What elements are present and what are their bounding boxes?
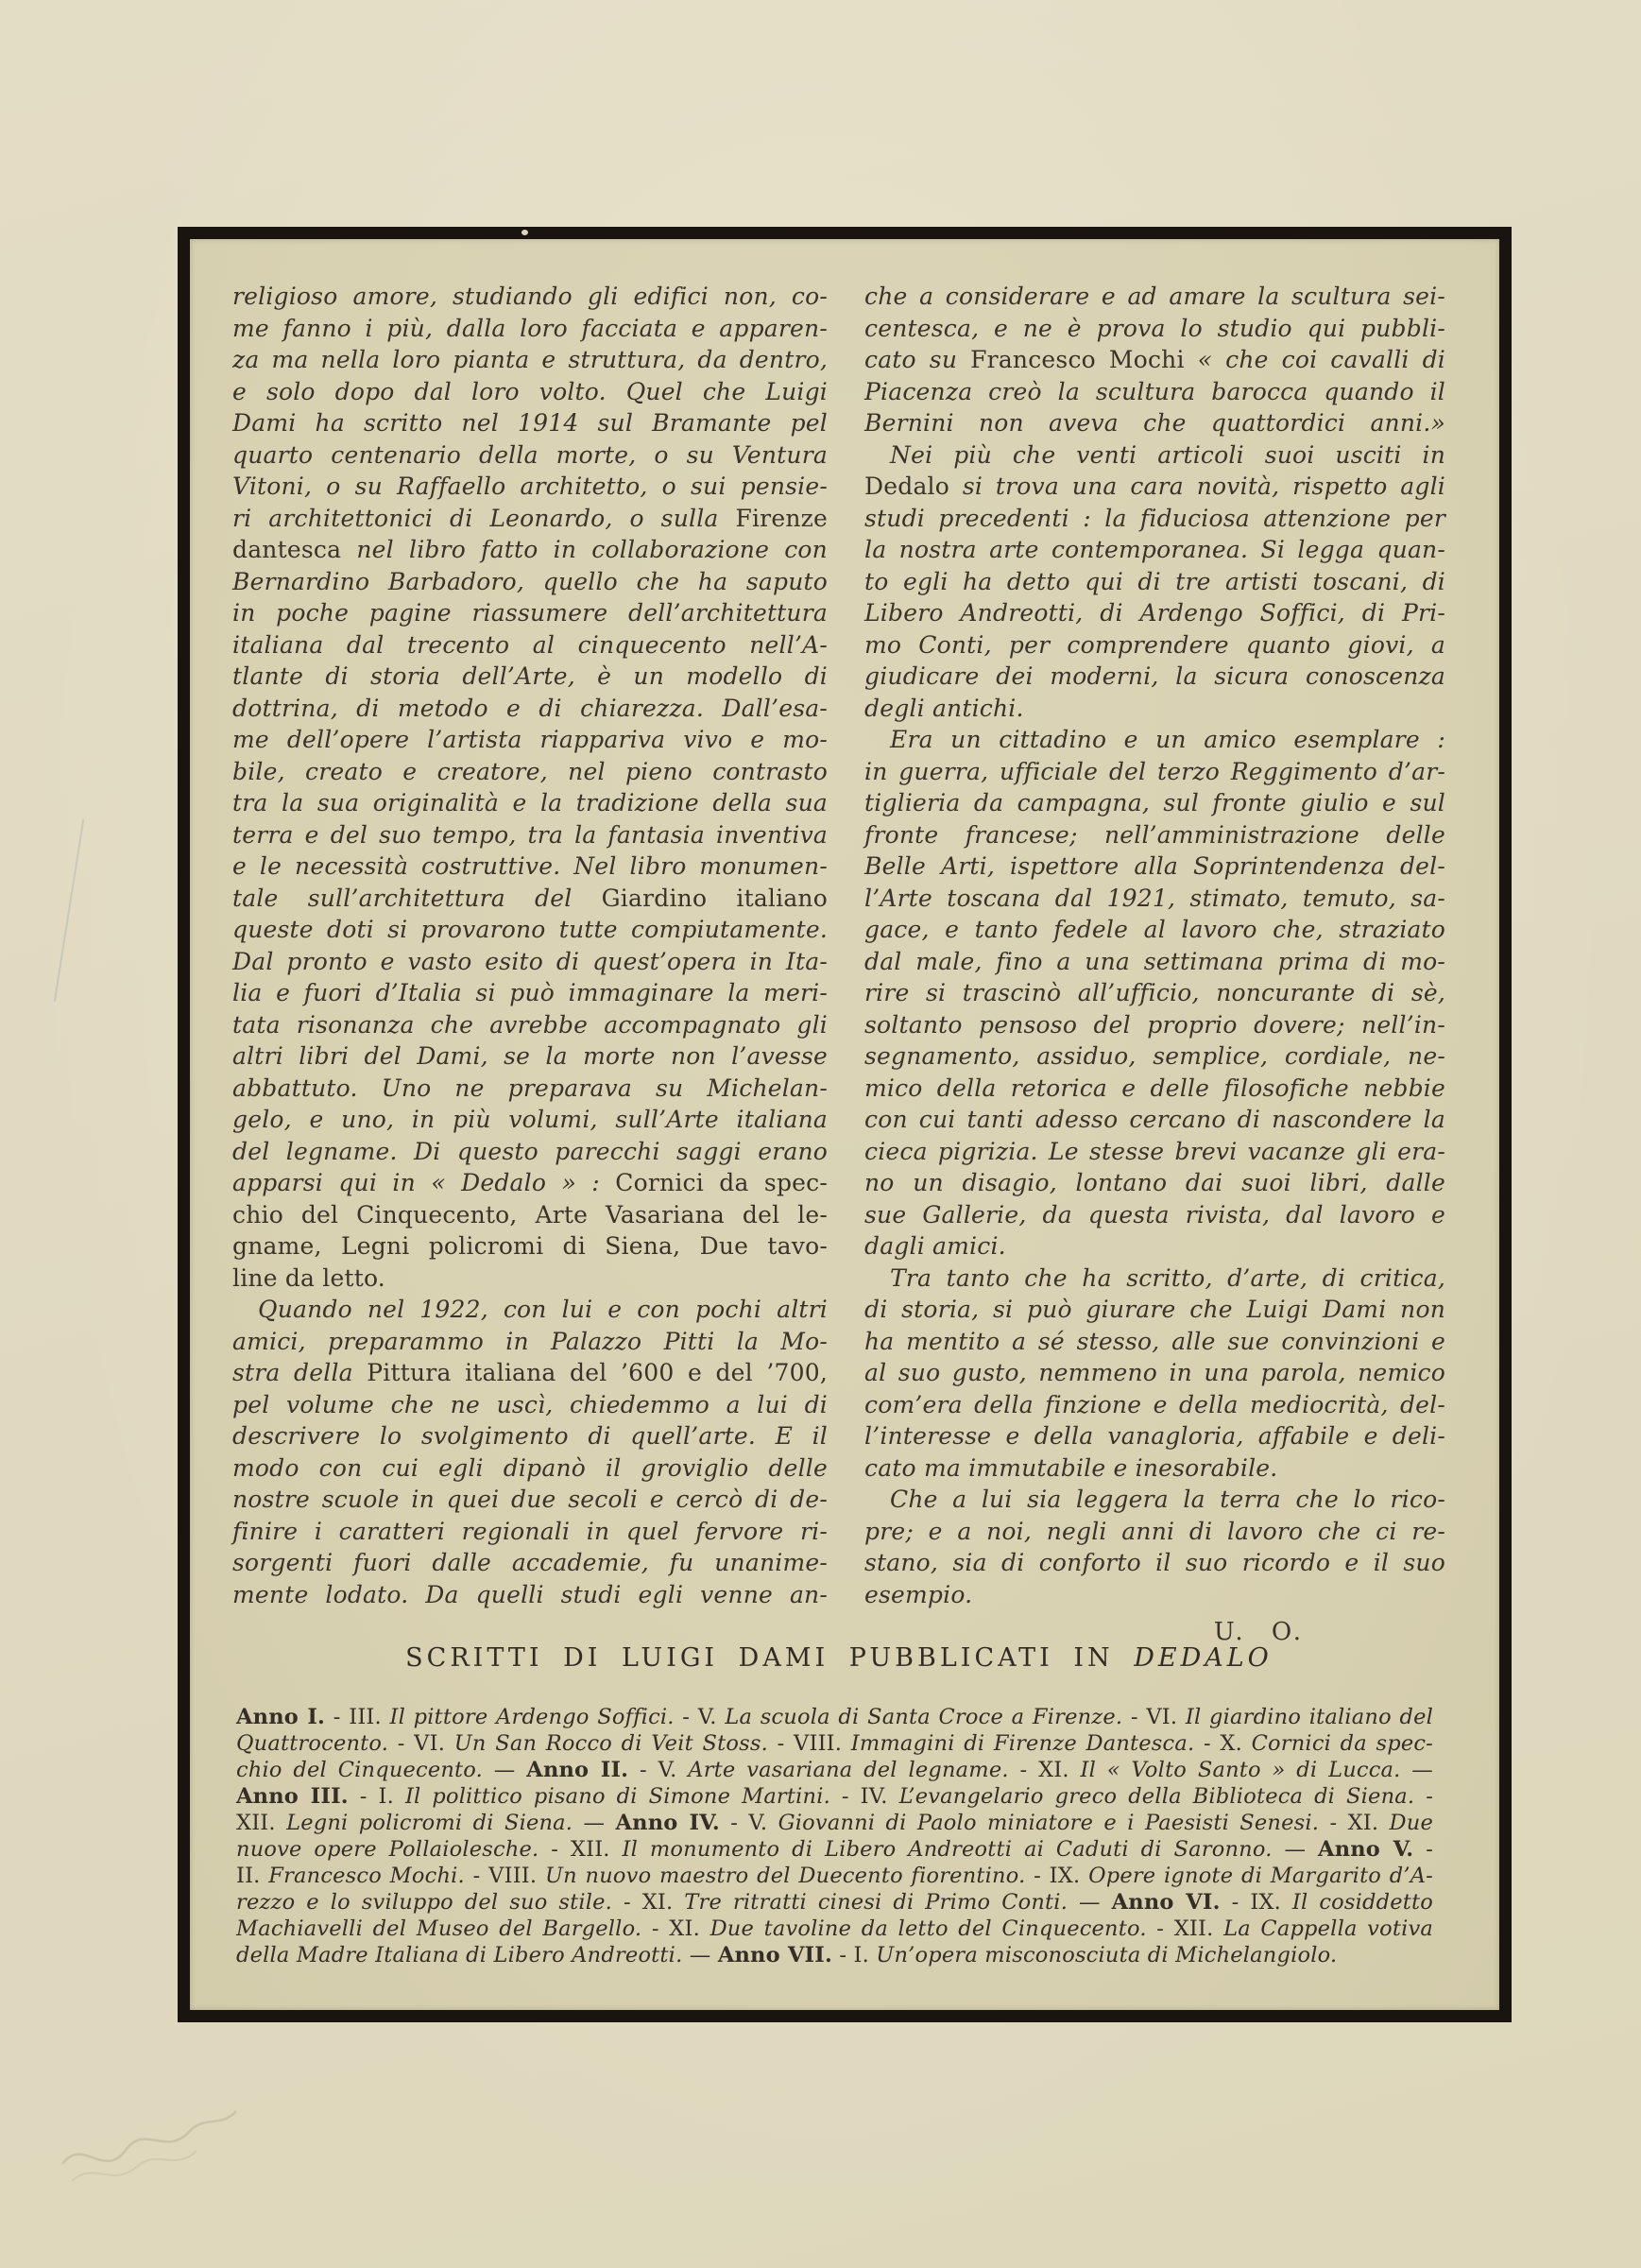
italic-text-segment: Francesco Mochi. bbox=[268, 1864, 465, 1888]
text-line: chio del Cinquecento. — Anno II. - V. Ar… bbox=[236, 1757, 1433, 1783]
italic-text-segment: Dal pronto e vasto esito di quest’opera … bbox=[232, 948, 828, 975]
text-line: za ma nella loro pianta e struttura, da … bbox=[232, 344, 828, 376]
italic-text-segment: pel volume che ne uscì, chiedemmo a lui … bbox=[232, 1391, 828, 1418]
text-line: me dell’opere l’artista riappariva vivo … bbox=[232, 724, 828, 756]
italic-text-segment: cato su bbox=[864, 346, 970, 373]
italic-text-segment: italiana dal trecento al cinquecento nel… bbox=[232, 631, 828, 659]
italic-text-segment: Tre ritratti cinesi di Primo Conti. bbox=[684, 1890, 1068, 1915]
text-line: Dami ha scritto nel 1914 sul Bramante pe… bbox=[232, 407, 828, 439]
text-line: degli antichi. bbox=[864, 693, 1445, 725]
italic-text-segment: dottrina, di metodo e di chiarezza. Dall… bbox=[232, 695, 828, 722]
text-line: italiana dal trecento al cinquecento nel… bbox=[232, 629, 828, 661]
italic-text-segment: di storia, si può giurare che Luigi Dami… bbox=[864, 1296, 1445, 1323]
text-line: giudicare dei moderni, la sicura conosce… bbox=[864, 661, 1445, 693]
roman-text-segment: - X. bbox=[1194, 1731, 1251, 1756]
text-line: SCRITTI DI LUIGI DAMI PUBBLICATI IN DEDA… bbox=[232, 1643, 1445, 1675]
roman-text-segment: — bbox=[682, 1943, 717, 1967]
text-column-left: religioso amore, studiando gli edifici n… bbox=[232, 281, 828, 1610]
italic-text-segment: ha mentito a sé stesso, alle sue convinz… bbox=[864, 1328, 1445, 1355]
text-line: finire i caratteri regionali in quel fer… bbox=[232, 1516, 828, 1548]
roman-text-segment: Francesco Mochi bbox=[970, 346, 1185, 373]
text-line: in poche pagine riassumere dell’architet… bbox=[232, 597, 828, 629]
italic-text-segment: Quattrocento. bbox=[236, 1731, 388, 1756]
text-line: dottrina, di metodo e di chiarezza. Dall… bbox=[232, 693, 828, 725]
text-line: gelo, e uno, in più volumi, sull’Arte it… bbox=[232, 1104, 828, 1136]
italic-text-segment: Un nuovo maestro del Duecento fiorentino… bbox=[545, 1864, 1025, 1888]
roman-text-segment: - XI. bbox=[612, 1890, 684, 1915]
roman-text-segment: - III. bbox=[325, 1705, 389, 1729]
italic-text-segment: Opere ignote di Margarito d’A- bbox=[1088, 1864, 1433, 1888]
text-line: Vitoni, o su Raffaello architetto, o sui… bbox=[232, 471, 828, 503]
roman-text-segment: - V. bbox=[720, 1811, 778, 1835]
roman-text-segment: dantesca bbox=[232, 536, 356, 563]
text-line: sue Gallerie, da questa rivista, dal lav… bbox=[864, 1199, 1445, 1231]
italic-text-segment: rezzo e lo sviluppo del suo stile. bbox=[236, 1890, 612, 1915]
bold-text-segment: Anno II. bbox=[526, 1758, 628, 1782]
text-line: descrivere lo svolgimento di quell’arte.… bbox=[232, 1420, 828, 1452]
text-line: Dal pronto e vasto esito di quest’opera … bbox=[232, 946, 828, 978]
roman-text-segment: - I. bbox=[832, 1943, 876, 1967]
italic-text-segment: Tra tanto che ha scritto, d’arte, di cri… bbox=[890, 1264, 1445, 1292]
roman-text-segment: - XI. bbox=[641, 1916, 709, 1941]
italic-text-segment: za ma nella loro pianta e struttura, da … bbox=[232, 346, 828, 373]
italic-text-segment: La Cappella votiva bbox=[1223, 1916, 1433, 1941]
italic-text-segment: apparsi qui in « Dedalo » : bbox=[232, 1169, 615, 1196]
text-line: com’era della finzione e della mediocrit… bbox=[864, 1389, 1445, 1421]
roman-text-segment: — bbox=[1068, 1890, 1112, 1915]
italic-text-segment: dal male, fino a una settimana prima di … bbox=[864, 948, 1445, 975]
italic-text-segment: Bernini non aveva che quattordici anni.» bbox=[864, 409, 1445, 437]
text-line: tra la sua originalità e la tradizione d… bbox=[232, 787, 828, 819]
roman-text-segment: - V. bbox=[628, 1758, 688, 1782]
italic-text-segment: sue Gallerie, da questa rivista, dal lav… bbox=[864, 1201, 1445, 1228]
text-line: dagli amici. bbox=[864, 1230, 1445, 1263]
italic-text-segment: com’era della finzione e della mediocrit… bbox=[864, 1391, 1445, 1418]
text-line: line da letto. bbox=[232, 1263, 828, 1295]
italic-text-segment: DEDALO bbox=[1134, 1643, 1273, 1673]
text-line: lia e fuori d’Italia si può immaginare l… bbox=[232, 977, 828, 1009]
italic-text-segment: tale sull’architettura del bbox=[232, 885, 602, 912]
italic-text-segment: queste doti si provarono tutte compiutam… bbox=[232, 916, 828, 943]
text-line: abbattuto. Uno ne preparava su Michelan- bbox=[232, 1073, 828, 1105]
roman-text-segment: - XII. bbox=[1147, 1916, 1223, 1941]
roman-text-segment: - I. bbox=[349, 1784, 405, 1809]
italic-text-segment: gelo, e uno, in più volumi, sull’Arte it… bbox=[232, 1106, 828, 1133]
text-line: no un disagio, lontano dai suoi libri, d… bbox=[864, 1167, 1445, 1199]
italic-text-segment: gace, e tanto fedele al lavoro che, stra… bbox=[864, 916, 1445, 943]
pencil-mark-vertical bbox=[54, 819, 84, 1002]
italic-text-segment: altri libri del Dami, se la morte non l’… bbox=[232, 1042, 828, 1070]
text-line: Piacenza creò la scultura barocca quando… bbox=[864, 376, 1445, 408]
pencil-scribble bbox=[55, 2090, 244, 2204]
text-line: Libero Andreotti, di Ardengo Soffici, di… bbox=[864, 597, 1445, 629]
italic-text-segment: Dami ha scritto nel 1914 sul Bramante pe… bbox=[232, 409, 828, 437]
text-line: Anno I. - III. Il pittore Ardengo Soffic… bbox=[236, 1704, 1433, 1730]
italic-text-segment: quarto centenario della morte, o su Vent… bbox=[232, 441, 828, 469]
text-line: la nostra arte contemporanea. Si legga q… bbox=[864, 534, 1445, 566]
text-line: mo Conti, per comprendere quanto giovi, … bbox=[864, 629, 1445, 661]
text-line: stra della Pittura italiana del ’600 e d… bbox=[232, 1357, 828, 1389]
italic-text-segment: al suo gusto, nemmeno in una parola, nem… bbox=[864, 1359, 1445, 1386]
italic-text-segment: Il cosiddetto bbox=[1292, 1890, 1433, 1915]
italic-text-segment: esempio. bbox=[864, 1581, 972, 1608]
italic-text-segment: cieca pigrizia. Le stesse brevi vacanze … bbox=[864, 1138, 1445, 1165]
italic-text-segment: mo Conti, per comprendere quanto giovi, … bbox=[864, 631, 1445, 659]
text-line: cieca pigrizia. Le stesse brevi vacanze … bbox=[864, 1136, 1445, 1168]
text-line: II. Francesco Mochi. - VIII. Un nuovo ma… bbox=[236, 1863, 1433, 1889]
italic-text-segment: centesca, e ne è prova lo studio qui pub… bbox=[864, 315, 1445, 342]
italic-text-segment: Quando nel 1922, con lui e con pochi alt… bbox=[258, 1296, 828, 1323]
roman-text-segment: - XI. bbox=[1009, 1758, 1081, 1782]
roman-text-segment: Cornici da spec- bbox=[615, 1169, 828, 1196]
italic-text-segment: Il pittore Ardengo Soffici. bbox=[390, 1705, 675, 1729]
text-line: gace, e tanto fedele al lavoro che, stra… bbox=[864, 914, 1445, 946]
text-column-right: che a considerare e ad amare la scultura… bbox=[864, 281, 1445, 1610]
roman-text-segment: line da letto. bbox=[232, 1264, 385, 1292]
italic-text-segment: che a considerare e ad amare la scultura… bbox=[864, 283, 1445, 310]
italic-text-segment: terra e del suo tempo, tra la fantasia i… bbox=[232, 821, 828, 849]
text-line: ri architettonici di Leonardo, o sulla F… bbox=[232, 503, 828, 535]
italic-text-segment: segnamento, assiduo, semplice, cordiale,… bbox=[864, 1042, 1445, 1070]
italic-text-segment: modo con cui egli dipanò il groviglio de… bbox=[232, 1454, 828, 1482]
italic-text-segment: l’interesse e della vanagloria, affabile… bbox=[864, 1422, 1445, 1450]
text-line: bile, creato e creatore, nel pieno contr… bbox=[232, 756, 828, 788]
text-line: Dedalo si trova una cara novità, rispett… bbox=[864, 471, 1445, 503]
text-line: apparsi qui in « Dedalo » : Cornici da s… bbox=[232, 1167, 828, 1199]
italic-text-segment: Il monumento di Libero Andreotti ai Cadu… bbox=[623, 1837, 1273, 1862]
italic-text-segment: dagli amici. bbox=[864, 1232, 1006, 1260]
italic-text-segment: l’Arte toscana dal 1921, stimato, temuto… bbox=[864, 885, 1445, 912]
italic-text-segment: pre; e a noi, negli anni di lavoro che c… bbox=[864, 1518, 1445, 1545]
text-line: modo con cui egli dipanò il groviglio de… bbox=[232, 1452, 828, 1485]
text-line: Machiavelli del Museo del Bargello. - XI… bbox=[236, 1916, 1433, 1942]
text-line: Bernardino Barbadoro, quello che ha sapu… bbox=[232, 566, 828, 598]
italic-text-segment: Belle Arti, ispettore alla Soprintendenz… bbox=[864, 852, 1445, 880]
text-line: dantesca nel libro fatto in collaborazio… bbox=[232, 534, 828, 566]
text-line: studi precedenti : la fiduciosa attenzio… bbox=[864, 503, 1445, 535]
text-line: Quattrocento. - VI. Un San Rocco di Veit… bbox=[236, 1730, 1433, 1757]
text-line: con cui tanti adesso cercano di nasconde… bbox=[864, 1104, 1445, 1136]
text-line: cato su Francesco Mochi « che coi cavall… bbox=[864, 344, 1445, 376]
author-initials: U. O. bbox=[864, 1618, 1304, 1646]
italic-text-segment: Due bbox=[1390, 1811, 1433, 1835]
italic-text-segment: Arte vasariana del legname. bbox=[688, 1758, 1008, 1782]
italic-text-segment: Vitoni, o su Raffaello architetto, o sui… bbox=[232, 472, 828, 500]
roman-text-segment: gname, Legni policromi di Siena, Due tav… bbox=[232, 1232, 828, 1260]
scanned-journal-page: religioso amore, studiando gli edifici n… bbox=[0, 0, 1641, 2268]
italic-text-segment: tata risonanza che avrebbe accompagnato … bbox=[232, 1011, 828, 1039]
italic-text-segment: soltanto pensoso del proprio dovere; nel… bbox=[864, 1011, 1445, 1039]
text-line: al suo gusto, nemmeno in una parola, nem… bbox=[864, 1357, 1445, 1389]
text-line: amici, preparammo in Palazzo Pitti la Mo… bbox=[232, 1326, 828, 1358]
roman-text-segment: chio del Cinquecento, Arte Vasariana del… bbox=[232, 1201, 828, 1228]
italic-text-segment: Bernardino Barbadoro, quello che ha sapu… bbox=[232, 568, 828, 595]
italic-text-segment: Il « Volto Santo » di Lucca. bbox=[1081, 1758, 1401, 1782]
italic-text-segment: degli antichi. bbox=[864, 695, 1024, 722]
italic-text-segment: Che a lui sia leggera la terra che lo ri… bbox=[890, 1486, 1445, 1513]
text-line: dal male, fino a una settimana prima di … bbox=[864, 946, 1445, 978]
text-line: segnamento, assiduo, semplice, cordiale,… bbox=[864, 1040, 1445, 1073]
text-line: in guerra, ufficiale del terzo Reggiment… bbox=[864, 756, 1445, 788]
text-line: Belle Arti, ispettore alla Soprintendenz… bbox=[864, 850, 1445, 883]
italic-text-segment: to egli ha detto qui di tre artisti tosc… bbox=[864, 568, 1445, 595]
italic-text-segment: in poche pagine riassumere dell’architet… bbox=[232, 599, 828, 627]
italic-text-segment: stano, sia di conforto il suo ricordo e … bbox=[864, 1549, 1445, 1576]
italic-text-segment: Legni policromi di Siena. bbox=[286, 1811, 573, 1835]
text-line: mico della retorica e delle filosofiche … bbox=[864, 1073, 1445, 1105]
text-line: sorgenti fuori dalle accademie, fu unani… bbox=[232, 1547, 828, 1579]
bold-text-segment: Anno V. bbox=[1318, 1837, 1413, 1862]
text-line: Quando nel 1922, con lui e con pochi alt… bbox=[232, 1294, 828, 1326]
bibliography-heading: SCRITTI DI LUIGI DAMI PUBBLICATI IN DEDA… bbox=[232, 1643, 1445, 1675]
text-line: di storia, si può giurare che Luigi Dami… bbox=[864, 1294, 1445, 1326]
italic-text-segment: amici, preparammo in Palazzo Pitti la Mo… bbox=[232, 1328, 828, 1355]
roman-text-segment: - IX. bbox=[1025, 1864, 1088, 1888]
italic-text-segment: « che coi cavalli di bbox=[1185, 346, 1445, 373]
text-line: XII. Legni policromi di Siena. — Anno IV… bbox=[236, 1810, 1433, 1836]
border-speck bbox=[521, 230, 528, 235]
text-line: pel volume che ne uscì, chiedemmo a lui … bbox=[232, 1389, 828, 1421]
text-line: mente lodato. Da quelli studi egli venne… bbox=[232, 1579, 828, 1611]
text-line: cato ma immutabile e inesorabile. bbox=[864, 1452, 1445, 1485]
text-line: stano, sia di conforto il suo ricordo e … bbox=[864, 1547, 1445, 1579]
italic-text-segment: bile, creato e creatore, nel pieno contr… bbox=[232, 758, 828, 785]
roman-text-segment: II. bbox=[236, 1864, 268, 1888]
text-line: l’Arte toscana dal 1921, stimato, temuto… bbox=[864, 883, 1445, 915]
italic-text-segment: Il giardino italiano del bbox=[1186, 1705, 1433, 1729]
text-line: terra e del suo tempo, tra la fantasia i… bbox=[232, 819, 828, 851]
text-line: della Madre Italiana di Libero Andreotti… bbox=[236, 1942, 1433, 1968]
roman-text-segment: Pittura italiana del ’600 e del ’700, bbox=[367, 1359, 828, 1386]
text-line: Che a lui sia leggera la terra che lo ri… bbox=[864, 1484, 1445, 1516]
text-line: gname, Legni policromi di Siena, Due tav… bbox=[232, 1230, 828, 1263]
italic-text-segment: si trova una cara novità, rispetto agli bbox=[949, 472, 1445, 500]
roman-text-segment: Giardino italiano bbox=[602, 885, 828, 912]
text-line: religioso amore, studiando gli edifici n… bbox=[232, 281, 828, 313]
text-line: Tra tanto che ha scritto, d’arte, di cri… bbox=[864, 1263, 1445, 1295]
italic-text-segment: in guerra, ufficiale del terzo Reggiment… bbox=[864, 758, 1445, 785]
text-line: esempio. bbox=[864, 1579, 1445, 1611]
italic-text-segment: finire i caratteri regionali in quel fer… bbox=[232, 1518, 828, 1545]
text-line: tlante di storia dell’Arte, è un modello… bbox=[232, 661, 828, 693]
text-line: quarto centenario della morte, o su Vent… bbox=[232, 439, 828, 472]
italic-text-segment: sorgenti fuori dalle accademie, fu unani… bbox=[232, 1549, 828, 1576]
text-line: Era un cittadino e un amico esemplare : bbox=[864, 724, 1445, 756]
roman-text-segment: — bbox=[573, 1811, 615, 1835]
italic-text-segment: mente lodato. Da quelli studi egli venne… bbox=[232, 1581, 828, 1608]
italic-text-segment: religioso amore, studiando gli edifici n… bbox=[232, 283, 828, 310]
text-line: tiglieria da campagna, sul fronte giulio… bbox=[864, 787, 1445, 819]
bold-text-segment: Anno IV. bbox=[616, 1811, 720, 1835]
italic-text-segment: studi precedenti : la fiduciosa attenzio… bbox=[864, 505, 1445, 532]
roman-text-segment: - IV. bbox=[830, 1784, 899, 1809]
bibliography-list: Anno I. - III. Il pittore Ardengo Soffic… bbox=[236, 1704, 1433, 1968]
bold-text-segment: Anno VI. bbox=[1112, 1890, 1221, 1915]
roman-text-segment: - VI. bbox=[1122, 1705, 1186, 1729]
roman-text-segment: - XI. bbox=[1319, 1811, 1389, 1835]
italic-text-segment: rire si trascinò all’ufficio, noncurante… bbox=[864, 979, 1445, 1006]
italic-text-segment: stra della bbox=[232, 1359, 367, 1386]
roman-text-segment: — bbox=[1400, 1758, 1433, 1782]
italic-text-segment: tra la sua originalità e la tradizione d… bbox=[232, 789, 828, 816]
italic-text-segment: descrivere lo svolgimento di quell’arte.… bbox=[232, 1422, 828, 1450]
italic-text-segment: Era un cittadino e un amico esemplare : bbox=[890, 726, 1445, 753]
text-line: to egli ha detto qui di tre artisti tosc… bbox=[864, 566, 1445, 598]
text-line: chio del Cinquecento, Arte Vasariana del… bbox=[232, 1199, 828, 1231]
italic-text-segment: e solo dopo dal loro volto. Quel che Lui… bbox=[232, 378, 828, 405]
italic-text-segment: Nei più che venti articoli suoi usciti i… bbox=[890, 441, 1445, 469]
text-line: altri libri del Dami, se la morte non l’… bbox=[232, 1040, 828, 1073]
italic-text-segment: Giovanni di Paolo miniatore e i Paesisti… bbox=[778, 1811, 1320, 1835]
roman-text-segment: - VI. bbox=[388, 1731, 454, 1756]
italic-text-segment: della Madre Italiana di Libero Andreotti… bbox=[236, 1943, 682, 1967]
italic-text-segment: Libero Andreotti, di Ardengo Soffici, di… bbox=[864, 599, 1445, 627]
italic-text-segment: L’evangelario greco della Biblioteca di … bbox=[899, 1784, 1415, 1809]
roman-text-segment: - VIII. bbox=[768, 1731, 851, 1756]
roman-text-segment: XII. bbox=[236, 1811, 286, 1835]
italic-text-segment: Due tavoline da letto del Cinquecento. bbox=[710, 1916, 1147, 1941]
text-line: ha mentito a sé stesso, alle sue convinz… bbox=[864, 1326, 1445, 1358]
italic-text-segment: cato ma immutabile e inesorabile. bbox=[864, 1454, 1277, 1482]
italic-text-segment: del legname. Di questo parecchi saggi er… bbox=[232, 1138, 828, 1165]
text-line: soltanto pensoso del proprio dovere; nel… bbox=[864, 1009, 1445, 1041]
italic-text-segment: nostre scuole in quei due secoli e cercò… bbox=[232, 1486, 828, 1513]
text-line: e solo dopo dal loro volto. Quel che Lui… bbox=[232, 376, 828, 408]
roman-text-segment: Firenze bbox=[735, 505, 828, 532]
italic-text-segment: Il polittico pisano di Simone Martini. bbox=[405, 1784, 830, 1809]
roman-text-segment: - bbox=[1413, 1837, 1433, 1862]
text-line: che a considerare e ad amare la scultura… bbox=[864, 281, 1445, 313]
italic-text-segment: la nostra arte contemporanea. Si legga q… bbox=[864, 536, 1445, 563]
text-line: centesca, e ne è prova lo studio qui pub… bbox=[864, 313, 1445, 345]
text-line: rire si trascinò all’ufficio, noncurante… bbox=[864, 977, 1445, 1009]
text-line: me fanno i più, dalla loro facciata e ap… bbox=[232, 313, 828, 345]
italic-text-segment: chio del Cinquecento. bbox=[236, 1758, 483, 1782]
italic-text-segment: La scuola di Santa Croce a Firenze. bbox=[725, 1705, 1122, 1729]
italic-text-segment: giudicare dei moderni, la sicura conosce… bbox=[864, 662, 1445, 690]
text-line: Bernini non aveva che quattordici anni.» bbox=[864, 407, 1445, 439]
text-line: tale sull’architettura del Giardino ital… bbox=[232, 883, 828, 915]
roman-text-segment: - V. bbox=[675, 1705, 726, 1729]
text-line: e le necessità costruttive. Nel libro mo… bbox=[232, 850, 828, 883]
italic-text-segment: abbattuto. Uno ne preparava su Michelan- bbox=[232, 1074, 828, 1102]
italic-text-segment: Piacenza creò la scultura barocca quando… bbox=[864, 378, 1445, 405]
italic-text-segment: tlante di storia dell’Arte, è un modello… bbox=[232, 662, 828, 690]
bold-text-segment: Anno I. bbox=[236, 1705, 325, 1729]
text-line: nuove opere Pollaiolesche. - XII. Il mon… bbox=[236, 1836, 1433, 1863]
text-line: pre; e a noi, negli anni di lavoro che c… bbox=[864, 1516, 1445, 1548]
text-line: Anno III. - I. Il polittico pisano di Si… bbox=[236, 1783, 1433, 1810]
italic-text-segment: e le necessità costruttive. Nel libro mo… bbox=[232, 852, 828, 880]
bold-text-segment: Anno III. bbox=[236, 1784, 349, 1809]
text-line: tata risonanza che avrebbe accompagnato … bbox=[232, 1009, 828, 1041]
italic-text-segment: Machiavelli del Museo del Bargello. bbox=[236, 1916, 641, 1941]
text-line: fronte francese; nell’amministrazione de… bbox=[864, 819, 1445, 851]
roman-text-segment: - VIII. bbox=[465, 1864, 545, 1888]
text-line: rezzo e lo sviluppo del suo stile. - XI.… bbox=[236, 1889, 1433, 1916]
italic-text-segment: nuove opere Pollaiolesche. bbox=[236, 1837, 538, 1862]
italic-text-segment: Immagini di Firenze Dantesca. bbox=[851, 1731, 1195, 1756]
roman-text-segment: — bbox=[483, 1758, 526, 1782]
roman-text-segment: - XII. bbox=[538, 1837, 622, 1862]
italic-text-segment: nel libro fatto in collaborazione con bbox=[356, 536, 828, 563]
italic-text-segment: Cornici da spec- bbox=[1252, 1731, 1433, 1756]
text-line: queste doti si provarono tutte compiutam… bbox=[232, 914, 828, 946]
text-line: del legname. Di questo parecchi saggi er… bbox=[232, 1136, 828, 1168]
roman-text-segment: - IX. bbox=[1221, 1890, 1292, 1915]
italic-text-segment: lia e fuori d’Italia si può immaginare l… bbox=[232, 979, 828, 1006]
roman-text-segment: - bbox=[1414, 1784, 1433, 1809]
italic-text-segment: con cui tanti adesso cercano di nasconde… bbox=[864, 1106, 1445, 1133]
roman-text-segment: — bbox=[1273, 1837, 1318, 1862]
roman-text-segment: SCRITTI DI LUIGI DAMI PUBBLICATI IN bbox=[405, 1643, 1134, 1673]
italic-text-segment: me fanno i più, dalla loro facciata e ap… bbox=[232, 315, 828, 342]
italic-text-segment: Un San Rocco di Veit Stoss. bbox=[454, 1731, 768, 1756]
italic-text-segment: ri architettonici di Leonardo, o sulla bbox=[232, 505, 735, 532]
bold-text-segment: Anno VII. bbox=[718, 1943, 832, 1967]
text-line: nostre scuole in quei due secoli e cercò… bbox=[232, 1484, 828, 1516]
text-line: Nei più che venti articoli suoi usciti i… bbox=[864, 439, 1445, 472]
italic-text-segment: tiglieria da campagna, sul fronte giulio… bbox=[864, 789, 1445, 816]
roman-text-segment: Dedalo bbox=[864, 472, 949, 500]
italic-text-segment: no un disagio, lontano dai suoi libri, d… bbox=[864, 1169, 1445, 1196]
italic-text-segment: mico della retorica e delle filosofiche … bbox=[864, 1074, 1445, 1102]
italic-text-segment: me dell’opere l’artista riappariva vivo … bbox=[232, 726, 828, 753]
text-line: l’interesse e della vanagloria, affabile… bbox=[864, 1420, 1445, 1452]
italic-text-segment: Un’opera misconosciuta di Michelangiolo. bbox=[876, 1943, 1337, 1967]
italic-text-segment: fronte francese; nell’amministrazione de… bbox=[864, 821, 1445, 849]
